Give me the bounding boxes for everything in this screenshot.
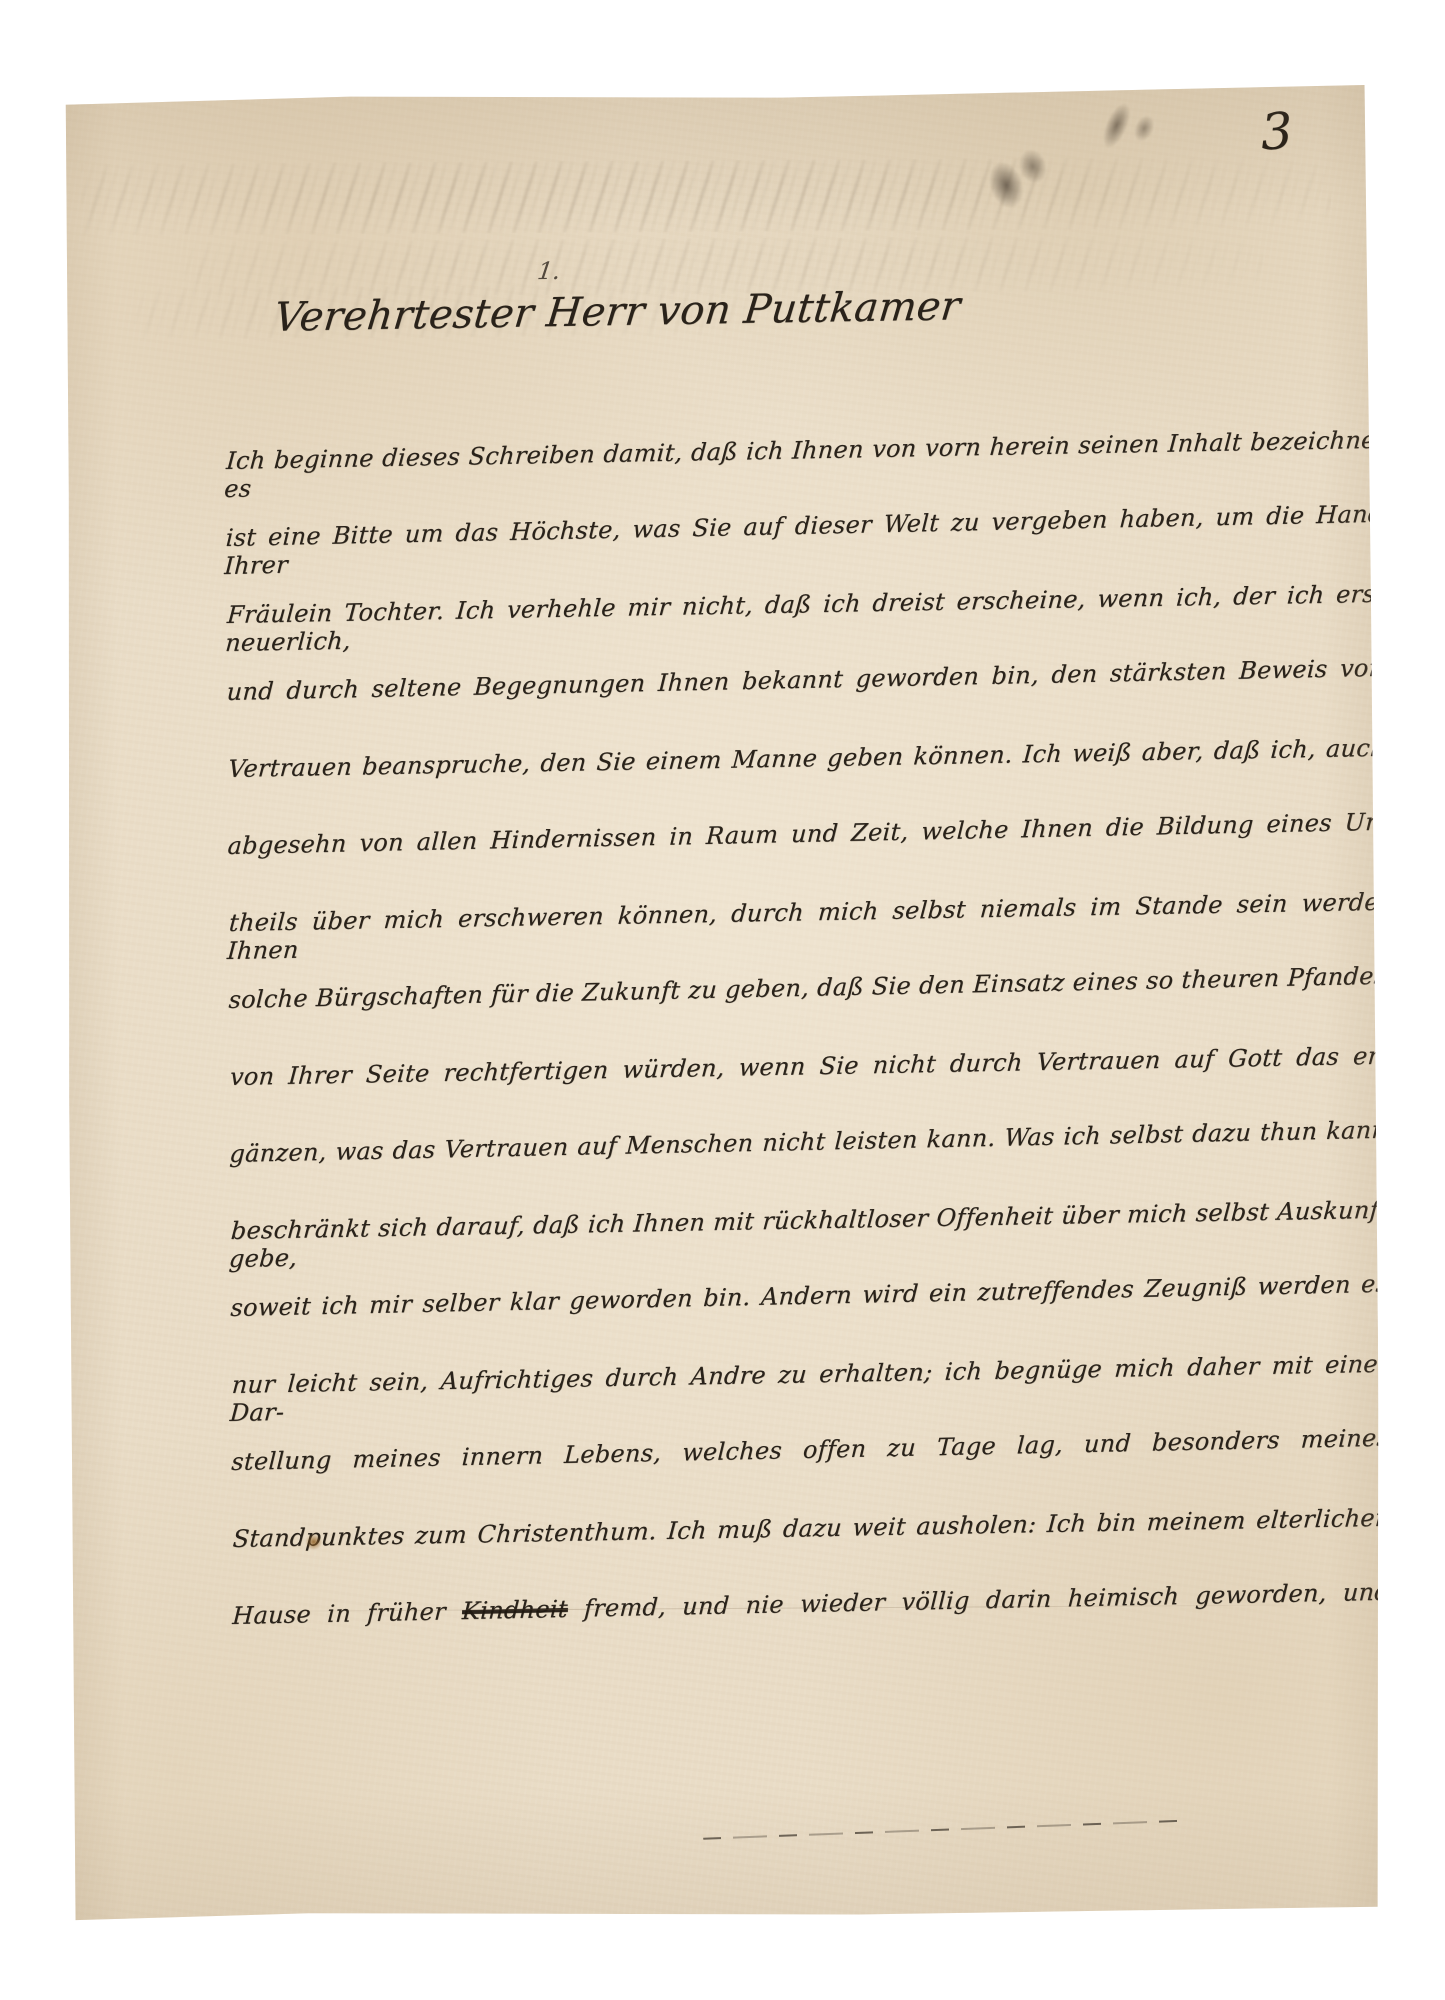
page-number: 3	[1259, 102, 1294, 162]
body-line-text: Hause in früher	[232, 1597, 463, 1630]
paper-sheet: 3 1. Verehrtester Herr von Puttkamer Ich…	[62, 84, 1381, 1922]
letter-photo: 3 1. Verehrtester Herr von Puttkamer Ich…	[0, 0, 1445, 2000]
bleedthrough-smudge	[81, 156, 1331, 236]
fol-mark: 1.	[536, 257, 563, 285]
ink-blot	[1084, 91, 1167, 169]
ink-blot	[973, 135, 1067, 218]
salutation: Verehrtester Herr von Puttkamer	[272, 283, 963, 340]
letter-body: Ich beginne dieses Schreiben damit, daß …	[223, 440, 1389, 1679]
dashed-pencil-line	[703, 1820, 1189, 1840]
ink-stain	[305, 1534, 322, 1549]
